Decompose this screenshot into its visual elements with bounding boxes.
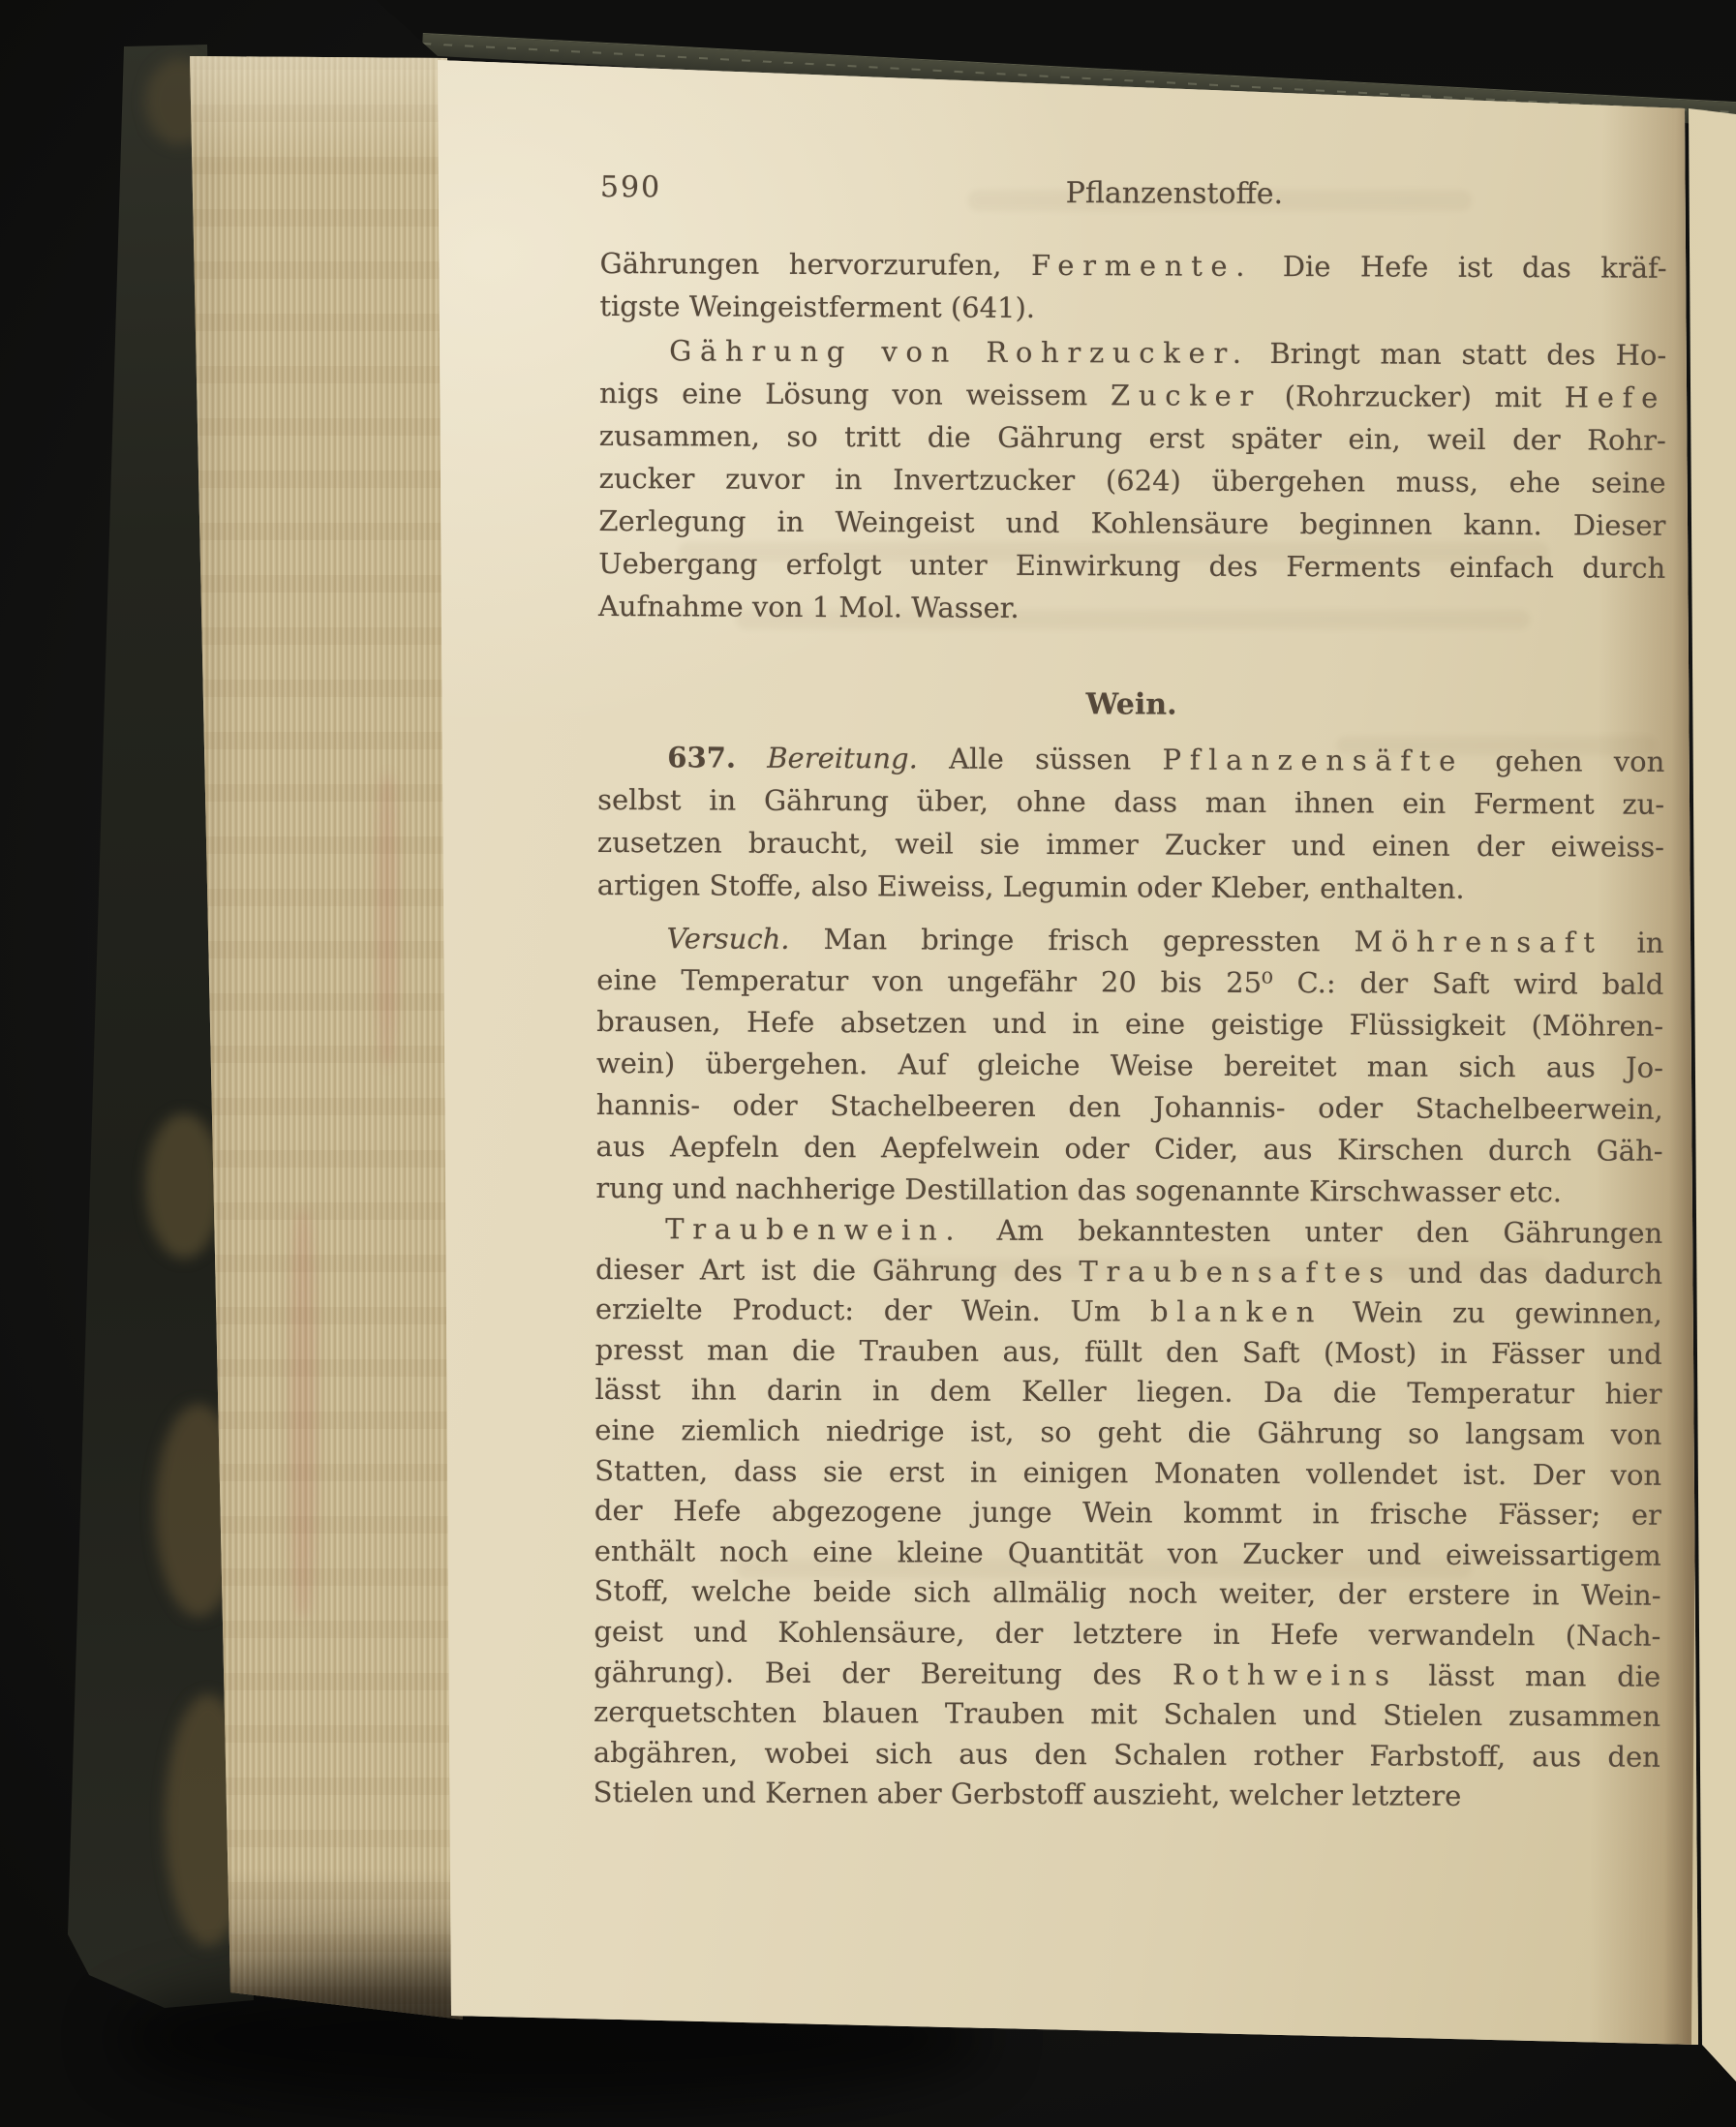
text-line: dieser Art ist die Gährung des Traubensa…: [595, 1250, 1662, 1294]
paragraph-rohrzucker: Gährung von Rohrzucker. Bringt man statt…: [598, 329, 1666, 632]
text-line: wein) übergehen. Auf gleiche Weise berei…: [596, 1043, 1663, 1089]
text-line: Gährungen hervorzurufen, Fermente. Die H…: [599, 242, 1666, 289]
text-line: der Hefe abgezogene junge Wein kommt in …: [594, 1491, 1661, 1535]
text-line: eine ziemlich niedrige ist, so geht die …: [594, 1411, 1661, 1455]
edge-stain: [290, 1210, 316, 1617]
text-line: Zerlegung in Weingeist und Kohlensäure b…: [598, 500, 1665, 547]
text-line: artigen Stoffe, also Eiweiss, Legumin od…: [597, 864, 1664, 911]
text-line: Aufnahme von 1 Mol. Wasser.: [598, 585, 1665, 632]
text-line: Wein.: [598, 682, 1665, 729]
text-line: Versuch. Man bringe frisch gepressten Mö…: [596, 918, 1663, 964]
text-line: abgähren, wobei sich aus den Schalen rot…: [594, 1733, 1660, 1778]
text-line: enthält noch eine kleine Quantität von Z…: [594, 1532, 1661, 1576]
text-line: lässt ihn darin in dem Keller liegen. Da…: [594, 1370, 1661, 1414]
text-line: nigs eine Lösung von weissem Zucker (Roh…: [599, 372, 1666, 419]
page-header: 590 Pflanzenstoffe.: [600, 170, 1667, 222]
text-line: Uebergang erfolgt unter Einwirkung des F…: [598, 542, 1665, 590]
paragraph-versuch: Versuch. Man bringe frisch gepressten Mö…: [595, 918, 1663, 1214]
text-line: rung und nachherige Destillation das sog…: [595, 1168, 1662, 1214]
page-text: 590 Pflanzenstoffe. Gährungen hervorzuru…: [594, 170, 1667, 1818]
text-line: geist und Kohlensäure, der letztere in H…: [594, 1612, 1660, 1656]
text-line: hannis- oder Stachelbeeren den Johannis-…: [596, 1084, 1663, 1131]
text-line: selbst in Gährung über, ohne dass man ih…: [597, 778, 1664, 826]
text-line: erzielte Product: der Wein. Um blanken W…: [595, 1290, 1662, 1334]
paragraph-p637: 637. Bereitung. Alle süssen Pflanzensäft…: [597, 736, 1665, 911]
text-line: gährung). Bei der Bereitung des Rothwein…: [594, 1653, 1660, 1697]
paragraph-traubenwein: Traubenwein. Am bekanntesten unter den G…: [594, 1209, 1663, 1818]
text-line: Gährung von Rohrzucker. Bringt man statt…: [599, 329, 1666, 377]
text-line: eine Temperatur von ungefähr 20 bis 25⁰ …: [596, 959, 1663, 1006]
text-line: zerquetschten blauen Trauben mit Schalen…: [594, 1692, 1660, 1737]
text-line: zucker zuvor in Invertzucker (624) überg…: [599, 457, 1666, 504]
leather-wear-spot: [145, 1113, 223, 1259]
body-text: Gährungen hervorzurufen, Fermente. Die H…: [594, 242, 1667, 1818]
page-number: 590: [600, 170, 661, 204]
text-line: Stielen und Kernen aber Gerbstoff auszie…: [594, 1773, 1660, 1817]
text-line: Traubenwein. Am bekanntesten unter den G…: [595, 1209, 1662, 1254]
text-line: 637. Bereitung. Alle süssen Pflanzensäft…: [597, 736, 1664, 783]
book-scan: 590 Pflanzenstoffe. Gährungen hervorzuru…: [0, 0, 1736, 2127]
running-title: Pflanzenstoffe.: [1066, 176, 1284, 211]
text-line: Statten, dass sie erst in einigen Monate…: [594, 1451, 1661, 1496]
text-line: aus Aepfeln den Aepfelwein oder Cider, a…: [596, 1126, 1663, 1172]
section-heading: Wein.: [598, 682, 1665, 729]
text-line: presst man die Trauben aus, füllt den Sa…: [595, 1330, 1662, 1375]
text-line: tigste Weingeistferment (641).: [599, 285, 1666, 332]
paragraph-intro: Gährungen hervorzurufen, Fermente. Die H…: [599, 242, 1666, 332]
text-line: zusetzen braucht, weil sie immer Zucker …: [597, 821, 1664, 868]
text-line: Stoff, welche beide sich allmälig noch w…: [594, 1571, 1661, 1616]
text-line: brausen, Hefe absetzen und in eine geist…: [596, 1001, 1663, 1048]
edge-stain: [378, 775, 397, 1065]
text-line: zusammen, so tritt die Gährung erst spät…: [599, 414, 1666, 462]
